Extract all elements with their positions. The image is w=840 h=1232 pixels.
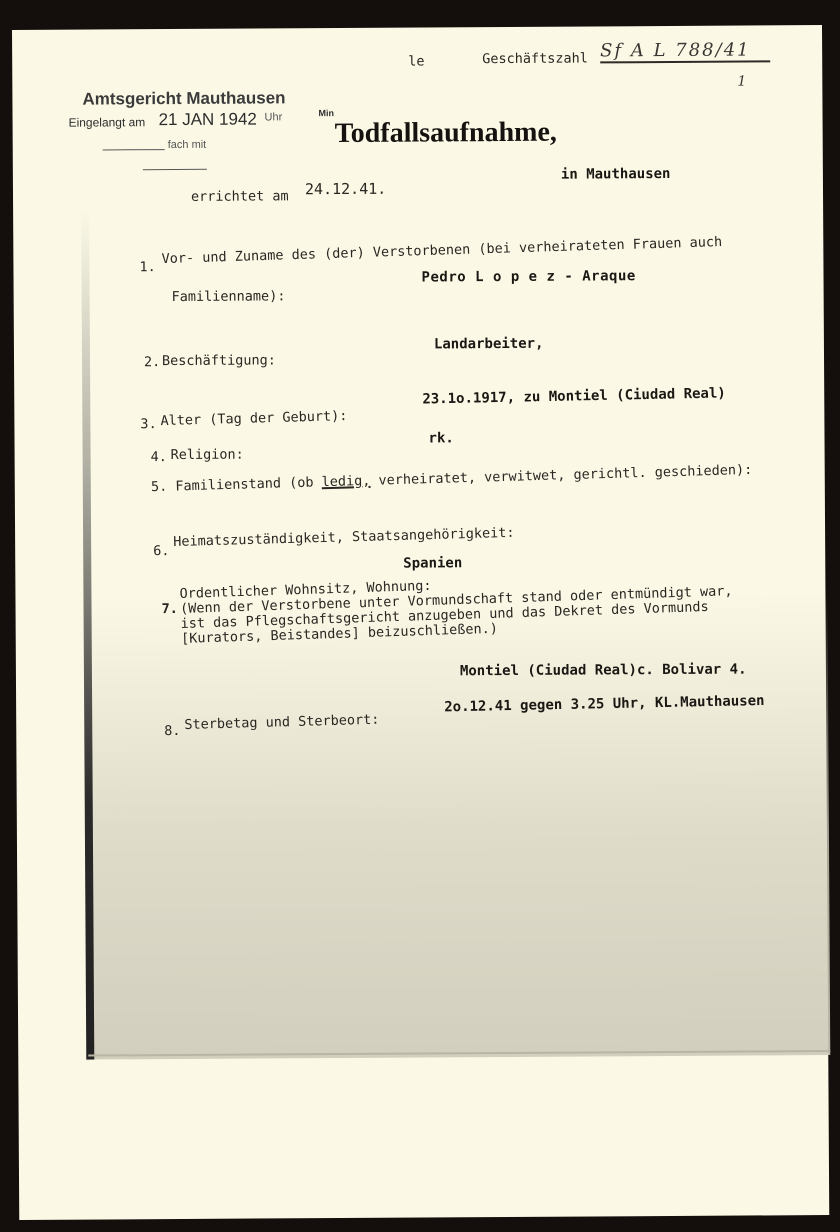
stamp-time-label: Uhr: [265, 111, 283, 123]
field-number: 5.: [151, 479, 168, 495]
field-label: Religion:: [171, 447, 244, 463]
established-date: 24.12.41.: [305, 180, 386, 198]
field-value: Montiel (Ciudad Real)c. Bolivar 4.: [460, 662, 747, 680]
established-label: errichtet am: [191, 188, 289, 205]
field-value: Spanien: [403, 555, 462, 571]
field-value: Landarbeiter,: [434, 336, 544, 353]
case-number-handwritten: Sf A L 788/41: [600, 39, 770, 63]
field-number: 2.: [144, 354, 160, 370]
established-place: in Mauthausen: [561, 166, 671, 183]
field-number: 3.: [140, 416, 156, 432]
document-title: Todfallsaufnahme,: [335, 117, 557, 150]
stamp-court-name: Amtsgericht Mauthausen: [82, 88, 285, 109]
field-selected-option: ledig,: [321, 473, 370, 490]
field-number: 8.: [164, 723, 180, 739]
field-value: rk.: [428, 430, 453, 446]
stamp-received-date: 21 JAN 1942: [158, 110, 256, 131]
document-page: le Geschäftszahl Sf A L 788/41 1 Amtsger…: [12, 25, 829, 1220]
field-number: 7.: [161, 601, 177, 617]
stamp-received-label: Eingelangt am: [69, 115, 146, 129]
case-number-label: Geschäftszahl: [482, 50, 588, 67]
field-number: 1.: [139, 259, 155, 275]
field-value: Pedro L o p e z - Araque: [421, 268, 635, 285]
field-label: Beschäftigung:: [162, 352, 276, 369]
stamp-minutes-label: Min: [318, 108, 334, 118]
field-label: Familienname):: [172, 288, 286, 305]
field-number: 6.: [153, 543, 169, 559]
field-number: 4.: [151, 449, 167, 465]
handwritten-mark: 1: [737, 74, 746, 90]
stamp-copies-label: fach mit: [168, 139, 207, 151]
page-marker: le: [408, 53, 424, 69]
